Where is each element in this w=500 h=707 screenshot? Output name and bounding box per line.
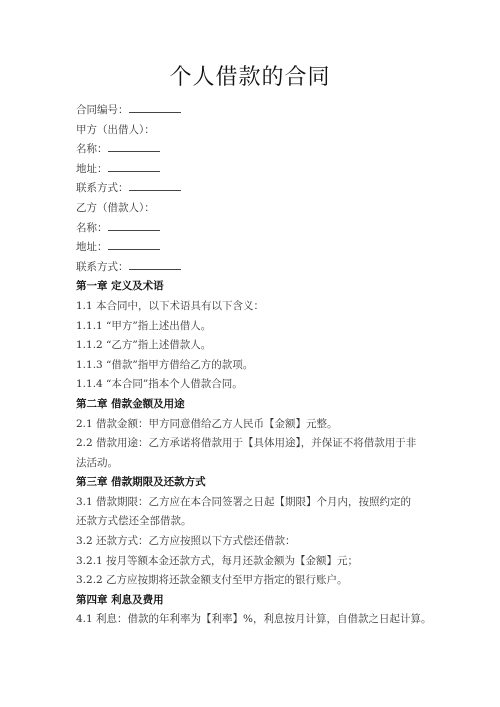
chapter-heading: 第一章 定义及术语 <box>76 277 421 297</box>
document-body: 合同编号： 甲方（出借人）： 名称： 地址： 联系方式： 乙方（借款人）： 名称… <box>76 101 421 630</box>
field-contract-number: 合同编号： <box>76 101 421 121</box>
field-label: 乙方（借款人）： <box>76 202 155 214</box>
clause: 3.1 借款期限：乙方应在本合同签署之日起【期限】个月内，按照约定的还款方式偿还… <box>76 493 421 532</box>
chapter-heading: 第二章 借款金额及用途 <box>76 395 421 415</box>
fill-in-blank[interactable] <box>129 259 181 270</box>
field-label: 地址： <box>76 241 108 253</box>
fill-in-blank[interactable] <box>108 161 160 172</box>
field-party-a-address: 地址： <box>76 160 421 180</box>
field-label: 地址： <box>76 163 108 175</box>
chapter-heading: 第三章 借款期限及还款方式 <box>76 473 421 493</box>
fill-in-blank[interactable] <box>129 180 181 191</box>
fill-in-blank[interactable] <box>108 239 160 250</box>
party-a-heading: 甲方（出借人）： <box>76 121 421 141</box>
fill-in-blank[interactable] <box>108 141 160 152</box>
clause: 3.2.2 乙方应按期将还款金额支付至甲方指定的银行账户。 <box>76 571 421 591</box>
clause: 1.1.3 “借款”指甲方借给乙方的款项。 <box>76 356 421 376</box>
document-page: 个人借款的合同 合同编号： 甲方（出借人）： 名称： 地址： 联系方式： 乙方（… <box>0 0 500 707</box>
field-party-a-contact: 联系方式： <box>76 179 421 199</box>
field-label: 联系方式： <box>76 182 129 194</box>
clause: 1.1 本合同中，以下术语具有以下含义： <box>76 297 421 317</box>
field-party-b-address: 地址： <box>76 238 421 258</box>
clause: 1.1.1 “甲方”指上述出借人。 <box>76 317 421 337</box>
field-party-b-name: 名称： <box>76 219 421 239</box>
field-label: 合同编号： <box>76 104 129 116</box>
field-party-b-contact: 联系方式： <box>76 258 421 278</box>
clause: 1.1.4 “本合同”指本个人借款合同。 <box>76 375 421 395</box>
fill-in-blank[interactable] <box>108 220 160 231</box>
clause: 2.2 借款用途：乙方承诺将借款用于【具体用途】，并保证不将借款用于非法活动。 <box>76 434 421 473</box>
field-label: 名称： <box>76 222 108 234</box>
party-b-heading: 乙方（借款人）： <box>76 199 421 219</box>
clause: 3.2 还款方式：乙方应按照以下方式偿还借款： <box>76 532 421 552</box>
chapter-heading: 第四章 利息及费用 <box>76 591 421 611</box>
clause: 2.1 借款金额：甲方同意借给乙方人民币【金额】元整。 <box>76 415 421 435</box>
field-label: 名称： <box>76 143 108 155</box>
document-title: 个人借款的合同 <box>0 60 500 91</box>
clause: 1.1.2 “乙方”指上述借款人。 <box>76 336 421 356</box>
field-label: 联系方式： <box>76 261 129 273</box>
field-party-a-name: 名称： <box>76 140 421 160</box>
fill-in-blank[interactable] <box>129 102 181 113</box>
clause: 4.1 利息：借款的年利率为【利率】%，利息按月计算，自借款之日起计算。 <box>76 610 421 630</box>
field-label: 甲方（出借人）： <box>76 124 155 136</box>
clause: 3.2.1 按月等额本金还款方式，每月还款金额为【金额】元； <box>76 552 421 572</box>
